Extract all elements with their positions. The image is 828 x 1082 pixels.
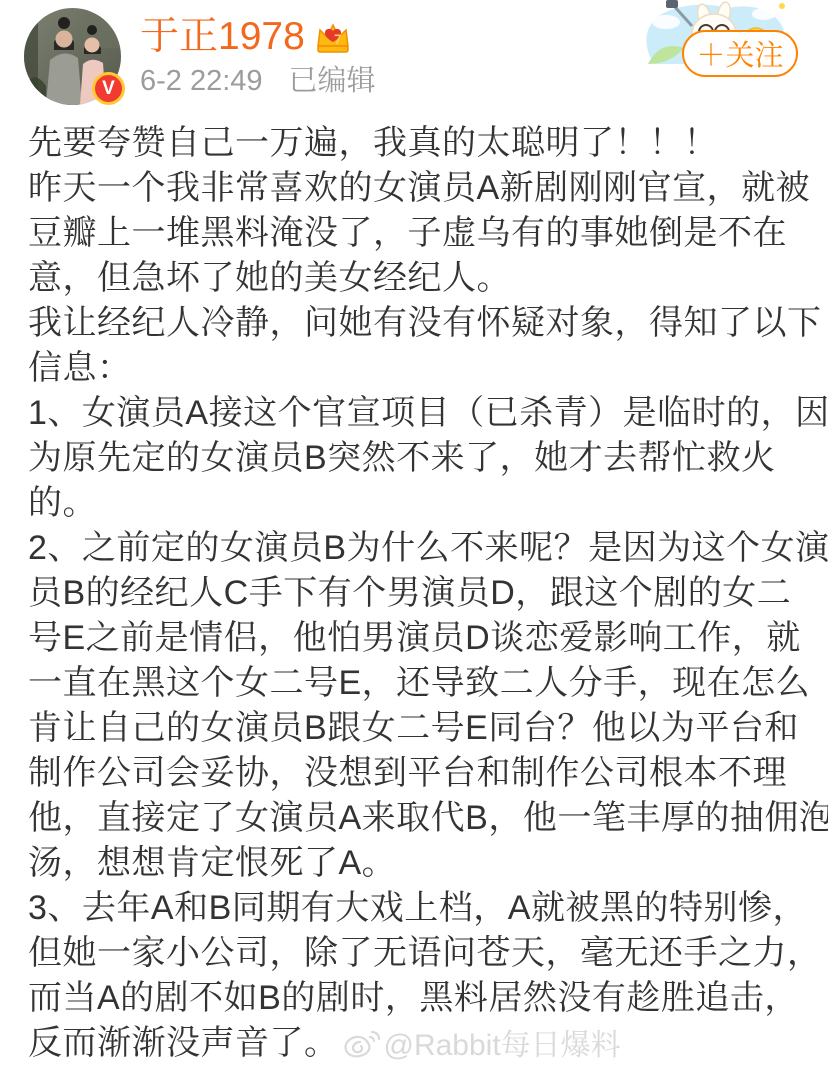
post-line: 意，但急坏了她的美女经纪人。 (28, 256, 814, 301)
post-line: 豆瓣上一堆黑料淹没了，子虚乌有的事她倒是不在 (28, 211, 814, 256)
post-last-line: 反而渐渐没声音了。@Rabbit每日爆料 (28, 1021, 814, 1068)
post-line: 但她一家小公司，除了无语问苍天，毫无还手之力， (28, 931, 814, 976)
post-line: 3、去年A和B同期有大戏上档，A就被黑的特别惨， (28, 886, 814, 931)
post-line: 的。 (28, 481, 814, 526)
post-line: 1、女演员A接这个官宣项目（已杀青）是临时的，因 (28, 391, 814, 436)
timestamp: 6-2 22:49 (140, 64, 263, 98)
post-line: 制作公司会妥协，没想到平台和制作公司根本不理 (28, 751, 814, 796)
post-body: 先要夸赞自己一万遍，我真的太聪明了！！！ 昨天一个我非常喜欢的女演员A新剧刚刚官… (28, 121, 814, 1068)
post-line: 一直在黑这个女二号E，还导致二人分手，现在怎么 (28, 661, 814, 706)
post-line: 我让经纪人冷静，问她有没有怀疑对象，得知了以下 (28, 301, 814, 346)
post-meta: 6-2 22:49 已编辑 (140, 64, 376, 98)
post-line: 他，直接定了女演员A来取代B，他一笔丰厚的抽佣泡 (28, 796, 814, 841)
post-line: 而当A的剧不如B的剧时，黑料居然没有趁胜追击， (28, 976, 814, 1021)
username-row: 于正1978 7 (140, 14, 352, 60)
edited-label: 已编辑 (289, 64, 376, 98)
post-line: 为原先定的女演员B突然不来了，她才去帮忙救火 (28, 436, 814, 481)
weibo-eye-icon (343, 1029, 381, 1061)
vip-crown-level7-icon: 7 (314, 21, 352, 54)
follow-button[interactable]: ＋关注 (682, 30, 798, 77)
watermark: @Rabbit每日爆料 (343, 1023, 621, 1068)
post-line: 肯让自己的女演员B跟女二号E同台？他以为平台和 (28, 706, 814, 751)
post-line: 2、之前定的女演员B为什么不来呢？是因为这个女演 (28, 526, 814, 571)
post-line: 先要夸赞自己一万遍，我真的太聪明了！！！ (28, 121, 814, 166)
username-link[interactable]: 于正1978 (140, 14, 305, 60)
post-line: 员B的经纪人C手下有个男演员D，跟这个剧的女二 (28, 571, 814, 616)
post-line-text: 反而渐渐没声音了。 (28, 1024, 339, 1062)
verified-v-icon: V (92, 72, 125, 105)
watermark-handle: @Rabbit每日爆料 (384, 1023, 621, 1068)
post-line: 号E之前是情侣，他怕男演员D谈恋爱影响工作，就 (28, 616, 814, 661)
post-line: 信息： (28, 346, 814, 391)
post-line: 昨天一个我非常喜欢的女演员A新剧刚刚官宣，就被 (28, 166, 814, 211)
svg-text:7: 7 (334, 31, 342, 47)
post-line: 汤，想想肯定恨死了A。 (28, 841, 814, 886)
